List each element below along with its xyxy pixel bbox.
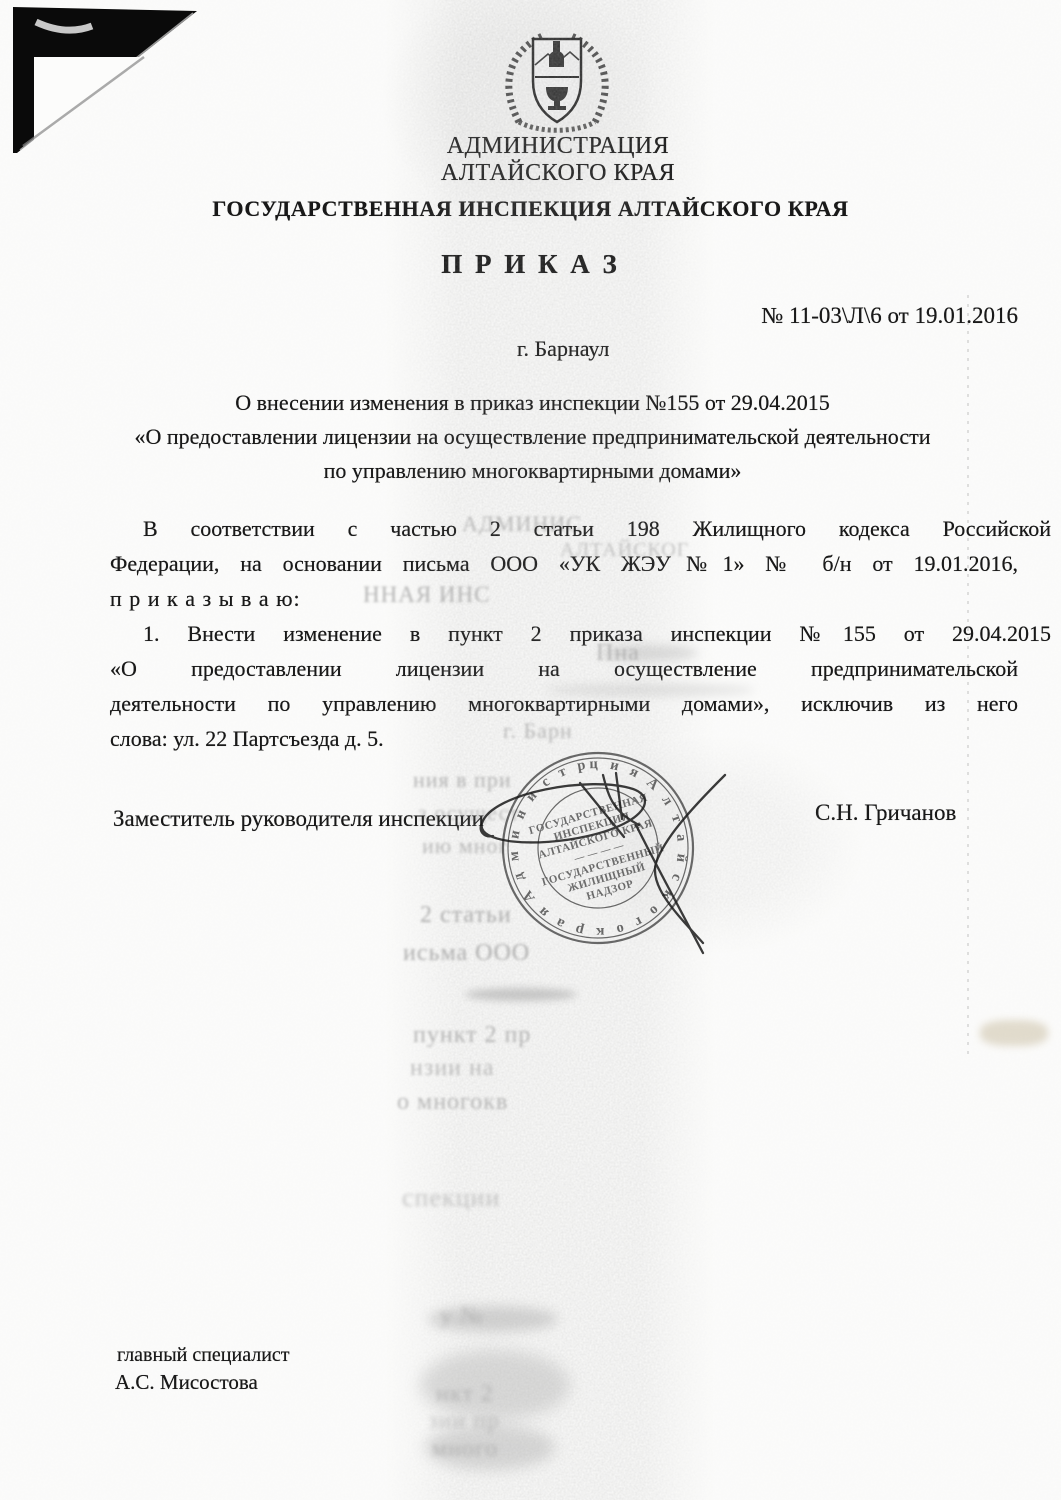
scan-smudge	[420, 1350, 570, 1420]
scanned-order-document: АДМИНИС АЛТАЙСКОГ ННАЯ ИНС Пна г. Барн н…	[0, 0, 1061, 1500]
altai-coat-of-arms-icon	[496, 25, 618, 139]
ghost-text-fragment: о многокв	[397, 1089, 508, 1116]
scan-smudge	[428, 1306, 558, 1332]
scan-corner-artifact	[0, 0, 220, 180]
subject-line-1: О внесении изменения в приказ инспекции …	[40, 386, 1025, 420]
city-line: г. Барнаул	[517, 336, 609, 362]
body-paragraph-line: деятельности по управлению многоквартирн…	[110, 691, 1018, 717]
administration-line-2: АЛТАЙСКОГО КРАЯ	[398, 160, 718, 187]
subject-block: О внесении изменения в приказ инспекции …	[40, 386, 1025, 488]
scan-smudge	[425, 1425, 555, 1470]
body-paragraph-line: «О предоставлении лицензии на осуществле…	[110, 656, 1018, 682]
official-stamp: ц и я А л т а й с к о г о к р а я А д м …	[440, 715, 760, 980]
body-paragraph-line: В соответствии с частью 2 статьи 198 Жил…	[110, 516, 1051, 542]
body-paragraph-line: 1. Внести изменение в пункт 2 приказа ин…	[110, 621, 1051, 647]
doc-number: № 11-03\Л\6 от 19.01.2016	[761, 303, 1018, 329]
ghost-text-fragment: нзии на	[410, 1055, 495, 1082]
inspection-name-heading: ГОСУДАРСТВЕННАЯ ИНСПЕКЦИЯ АЛТАЙСКОГО КРА…	[0, 196, 1061, 222]
footer-specialist-title: главный специалист	[117, 1344, 290, 1367]
ghost-text-fragment: спекции	[402, 1183, 500, 1213]
doc-type-heading: П Р И К А З	[0, 249, 1061, 280]
scan-smudge	[980, 1020, 1048, 1046]
administration-name: АДМИНИСТРАЦИЯ АЛТАЙСКОГО КРАЯ	[398, 133, 718, 187]
ghost-text-fragment: пункт 2 пр	[413, 1022, 531, 1049]
administration-line-1: АДМИНИСТРАЦИЯ	[398, 133, 718, 160]
scan-smudge	[465, 988, 577, 1001]
signature-position: Заместитель руководителя инспекции	[113, 806, 484, 832]
subject-line-2: «О предоставлении лицензии на осуществле…	[40, 420, 1025, 454]
body-paragraph-line: Федерации, на основании письма ООО «УК Ж…	[110, 551, 1018, 577]
order-verb-line: п р и к а з ы в а ю:	[110, 586, 1018, 612]
signature-name: С.Н. Гричанов	[815, 800, 956, 826]
subject-line-3: по управлению многоквартирными домами»	[40, 454, 1025, 488]
footer-specialist-name: А.С. Мисостова	[115, 1370, 258, 1395]
